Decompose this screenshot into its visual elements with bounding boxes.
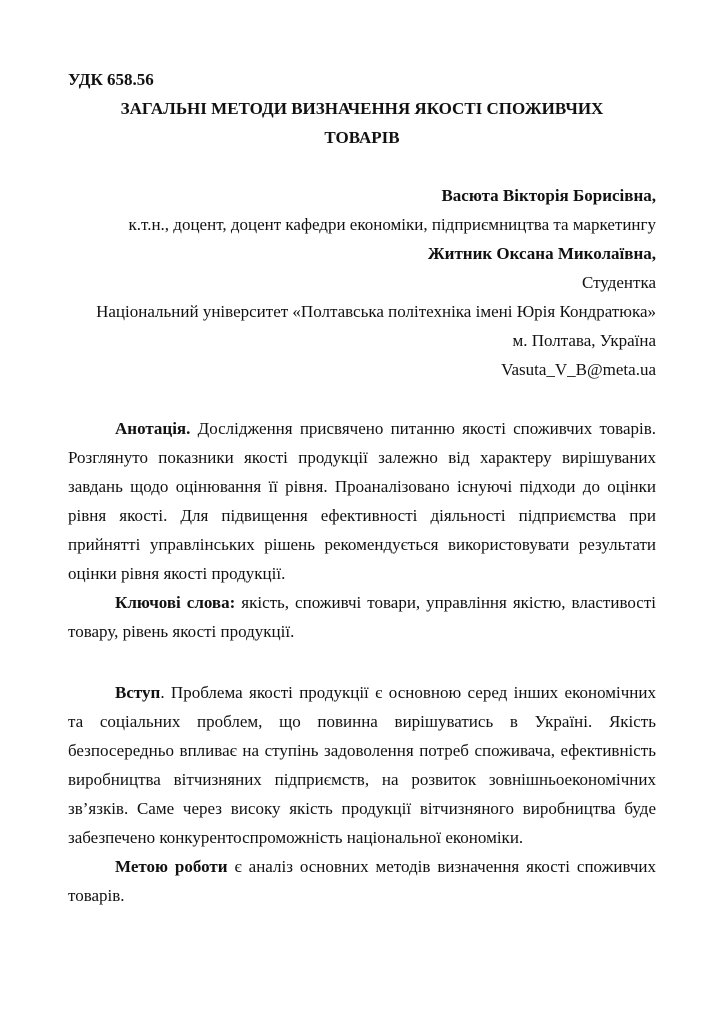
intro-line-3: безпосередньо впливає на ступінь задовол… bbox=[68, 741, 656, 761]
goal-line-2: товарів. bbox=[68, 886, 656, 906]
author-2-position: Студентка bbox=[582, 273, 656, 293]
email: Vasuta_V_B@meta.ua bbox=[501, 360, 656, 380]
abstract-line-6: оцінки рівня якості продукції. bbox=[68, 564, 656, 584]
abstract-line-2: Розглянуто показники якості продукції за… bbox=[68, 448, 656, 468]
abstract-line-4: рівня якості. Для підвищення ефективност… bbox=[68, 506, 656, 526]
goal-line-1: Метою роботи є аналіз основних методів в… bbox=[115, 857, 656, 877]
keywords-line-2: товару, рівень якості продукції. bbox=[68, 622, 656, 642]
city: м. Полтава, Україна bbox=[512, 331, 656, 351]
affiliation: Національний університет «Полтавська пол… bbox=[96, 302, 656, 322]
intro-label: Вступ bbox=[115, 683, 160, 702]
intro-line-2: та соціальних проблем, що повинна вирішу… bbox=[68, 712, 656, 732]
keywords-label: Ключові слова: bbox=[115, 593, 235, 612]
goal-label: Метою роботи bbox=[115, 857, 228, 876]
abstract-line-1: Анотація. Дослідження присвячено питанню… bbox=[115, 419, 656, 439]
title-line-2: ТОВАРІВ bbox=[0, 128, 724, 148]
intro-line-5: зв’язків. Саме через високу якість проду… bbox=[68, 799, 656, 819]
abstract-line-3: завдань щодо оцінювання її рівня. Проана… bbox=[68, 477, 656, 497]
intro-line-4: виробництва вітчизняних підприємств, на … bbox=[68, 770, 656, 790]
intro-line-1: Вступ. Проблема якості продукції є основ… bbox=[115, 683, 656, 703]
abstract-line-5: прийнятті управлінських рішень рекоменду… bbox=[68, 535, 656, 555]
title-line-1: ЗАГАЛЬНІ МЕТОДИ ВИЗНАЧЕННЯ ЯКОСТІ СПОЖИВ… bbox=[0, 99, 724, 119]
author-1-name: Васюта Вікторія Борисівна, bbox=[441, 186, 656, 206]
keywords-line-1: Ключові слова: якість, споживчі товари, … bbox=[115, 593, 656, 613]
author-1-position: к.т.н., доцент, доцент кафедри економіки… bbox=[129, 215, 656, 235]
udk-code: УДК 658.56 bbox=[68, 70, 154, 90]
author-2-name: Житник Оксана Миколаївна, bbox=[428, 244, 656, 264]
abstract-label: Анотація. bbox=[115, 419, 190, 438]
intro-line-6: забезпечено конкурентоспроможність націо… bbox=[68, 828, 656, 848]
